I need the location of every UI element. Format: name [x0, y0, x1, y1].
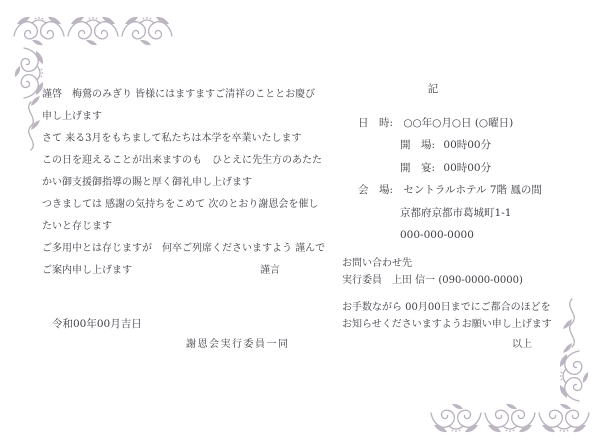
- venue-phone: 000-000-0000: [400, 229, 474, 241]
- doors-open-row: 開 場: 00時00分: [358, 134, 542, 156]
- datetime-row: 日 時: ○○年○月○日 (○曜日): [358, 112, 542, 134]
- letter-line: つきましては 感謝の気持ちをこめて 次のとおり謝恩会を催し: [42, 194, 304, 216]
- invitation-document: 謹啓 梅鶯のみぎり 皆様にはますますご清祥のこととお慶び 申し上げます さて 来…: [0, 0, 600, 444]
- letter-body: 謹啓 梅鶯のみぎり 皆様にはますますご清祥のこととお慶び 申し上げます さて 来…: [42, 84, 304, 282]
- rsvp-note-line2: お知らせくださいますようお願い申し上げます: [342, 317, 532, 334]
- datetime-value: ○○年○月○日 (○曜日): [403, 117, 513, 129]
- banquet-start-row: 開 宴: 00時00分: [358, 157, 542, 179]
- venue-address-row: 京都府京都市葛城町1-1: [358, 202, 542, 224]
- event-details: 日 時: ○○年○月○日 (○曜日) 開 場: 00時00分 開 宴: 00時0…: [358, 112, 542, 246]
- venue-phone-row: 000-000-0000: [358, 224, 542, 246]
- spacer: [342, 289, 532, 300]
- letter-signature: 謝恩会実行委員一同: [186, 335, 290, 350]
- contact-heading: お問い合わせ先: [342, 256, 532, 273]
- rsvp-note-line1: お手数ながら 00月00日までにご都合のほどを: [342, 300, 532, 317]
- letter-line: この日を迎えることが出来ますのも ひとえに先生方のあたた: [42, 150, 304, 172]
- venue-value: セントラルホテル 7階 鳳の間: [403, 184, 542, 196]
- venue-label: 会 場:: [358, 179, 400, 201]
- contact-block: お問い合わせ先 実行委員 上田 信一 (090-0000-0000) お手数なが…: [342, 256, 532, 354]
- doors-open-label: 開 場:: [400, 139, 435, 151]
- letter-date: 令和00年00月吉日: [52, 316, 142, 331]
- document-closing: 以上: [342, 337, 532, 354]
- letter-line: 謹啓 梅鶯のみぎり 皆様にはますますご清祥のこととお慶び: [42, 84, 304, 106]
- letter-line-text: ご案内申し上げます: [42, 260, 132, 282]
- datetime-label: 日 時:: [358, 112, 400, 134]
- letter-line: かい御支援御指導の賜と厚く御礼申し上げます: [42, 172, 304, 194]
- letter-line: 申し上げます: [42, 106, 304, 128]
- banquet-start-label: 開 宴:: [400, 162, 435, 174]
- venue-address: 京都府京都市葛城町1-1: [400, 207, 511, 219]
- doors-open-value: 00時00分: [443, 139, 491, 151]
- details-heading: 記: [358, 81, 508, 96]
- venue-row: 会 場: セントラルホテル 7階 鳳の間: [358, 179, 542, 201]
- letter-line: ご案内申し上げます 謹言: [42, 260, 280, 282]
- letter-closing-keigo: 謹言: [260, 260, 280, 282]
- letter-line: たいと存じます: [42, 216, 304, 238]
- letter-line: さて 来る3月をもちまして私たちは本学を卒業いたします: [42, 128, 304, 150]
- contact-person: 実行委員 上田 信一 (090-0000-0000): [342, 273, 532, 290]
- letter-line: ご多用中とは存じますが 何卒ご列席くださいますよう 謹んで: [42, 238, 304, 260]
- banquet-start-value: 00時00分: [443, 162, 491, 174]
